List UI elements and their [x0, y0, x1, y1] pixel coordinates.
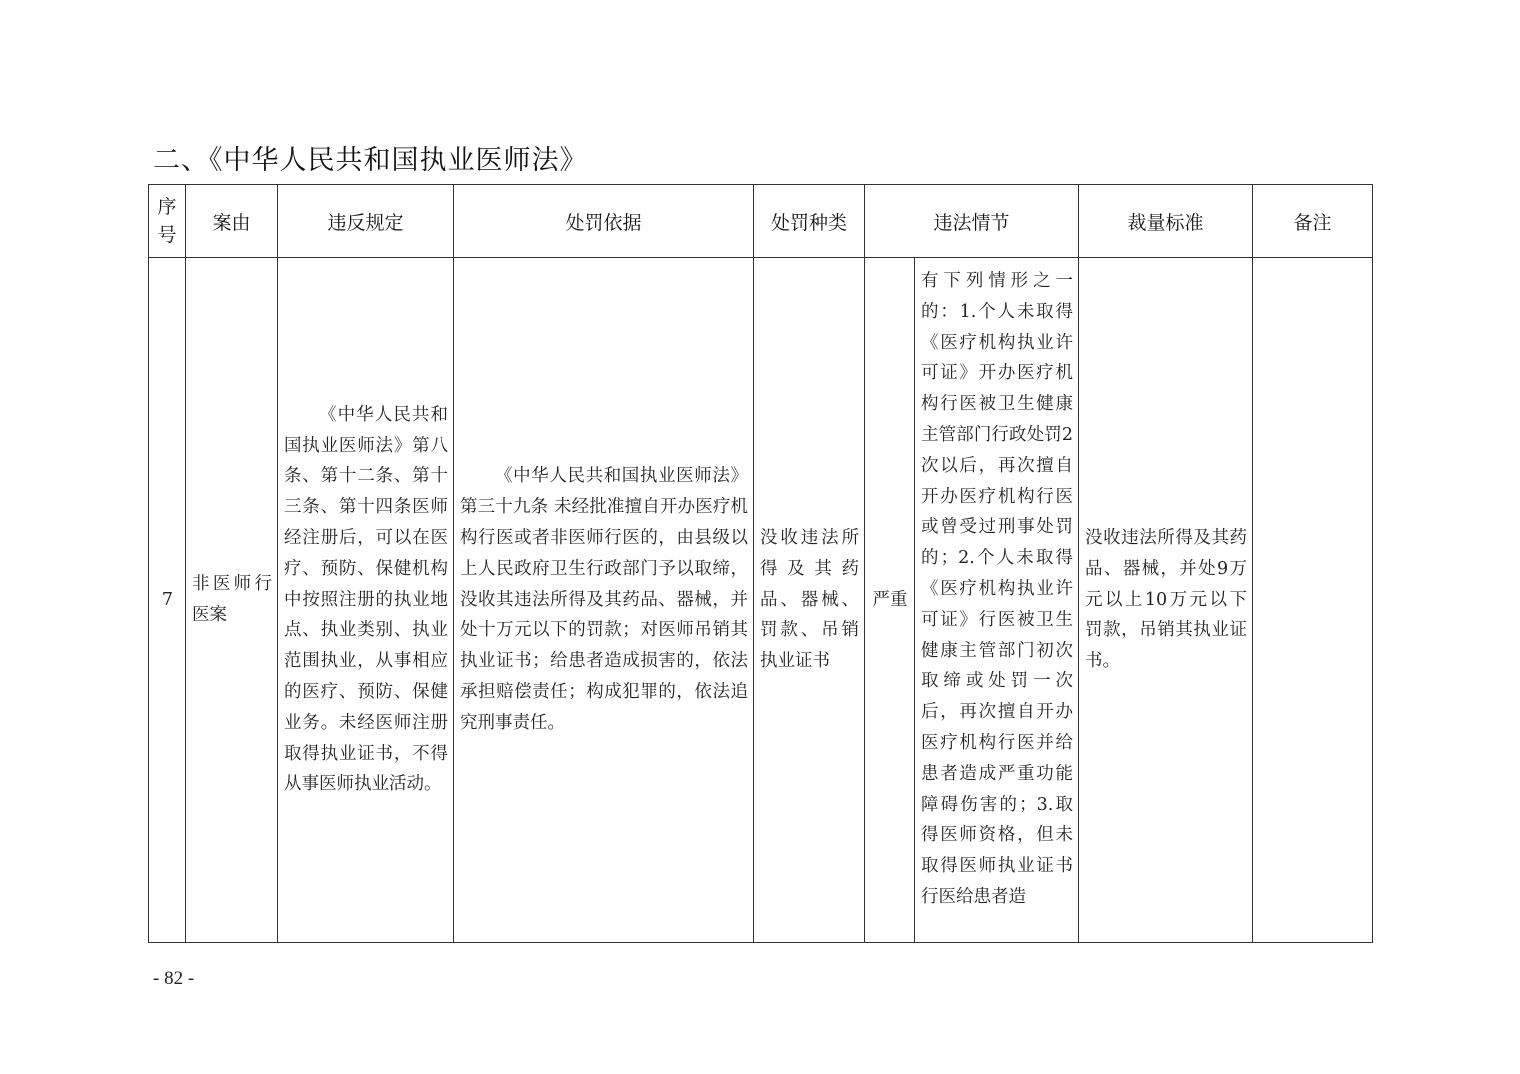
header-remarks: 备注	[1253, 185, 1373, 258]
cell-remarks	[1253, 258, 1373, 943]
cell-discretion-standard: 没收违法所得及其药品、器械，并处9万元以上10万元以下罚款，吊销其执业证书。	[1079, 258, 1253, 943]
header-circumstances: 违法情节	[865, 185, 1079, 258]
header-case: 案由	[186, 185, 278, 258]
header-seq-line2: 号	[149, 221, 185, 249]
header-seq-line1: 序	[149, 193, 185, 221]
table-row: 7 非医师行医案 《中华人民共和国执业医师法》第八条、第十二条、第十三条、第十四…	[149, 258, 1373, 943]
severity-value: 严重	[865, 585, 914, 616]
cell-severity: 严重	[865, 258, 915, 943]
violated-rule-value: 《中华人民共和国执业医师法》第八条、第十二条、第十三条、第十四条医师经注册后，可…	[278, 400, 453, 800]
header-discretion-standard: 裁量标准	[1079, 185, 1253, 258]
discretion-standard-value: 没收违法所得及其药品、器械，并处9万元以上10万元以下罚款，吊销其执业证书。	[1079, 523, 1252, 677]
cell-penalty-basis: 《中华人民共和国执业医师法》第三十九条 未经批准擅自开办医疗机构行医或者非医师行…	[454, 258, 754, 943]
table-header-row: 序 号 案由 违反规定 处罚依据 处罚种类 违法情节 裁量标准 备注	[149, 185, 1373, 258]
case-value: 非医师行医案	[186, 569, 277, 631]
header-penalty-type: 处罚种类	[754, 185, 865, 258]
cell-penalty-type: 没收违法所得及其药品、器械、罚款、吊销执业证书	[754, 258, 865, 943]
header-seq: 序 号	[149, 185, 186, 258]
circumstances-value: 有下列情形之一的：1.个人未取得《医疗机构执业许可证》开办医疗机构行医被卫生健康…	[915, 258, 1078, 942]
cell-case: 非医师行医案	[186, 258, 278, 943]
cell-seq: 7	[149, 258, 186, 943]
page-number: - 82 -	[153, 968, 194, 990]
seq-value: 7	[149, 585, 185, 616]
penalty-basis-value: 《中华人民共和国执业医师法》第三十九条 未经批准擅自开办医疗机构行医或者非医师行…	[454, 461, 753, 738]
cell-circumstances: 有下列情形之一的：1.个人未取得《医疗机构执业许可证》开办医疗机构行医被卫生健康…	[915, 258, 1079, 943]
cell-violated-rule: 《中华人民共和国执业医师法》第八条、第十二条、第十三条、第十四条医师经注册后，可…	[278, 258, 454, 943]
section-title: 二、《中华人民共和国执业医师法》	[153, 138, 588, 177]
penalty-table: 序 号 案由 违反规定 处罚依据 处罚种类 违法情节 裁量标准 备注 7 非医师…	[148, 184, 1373, 943]
header-penalty-basis: 处罚依据	[454, 185, 754, 258]
penalty-type-value: 没收违法所得及其药品、器械、罚款、吊销执业证书	[754, 523, 864, 677]
header-violated-rule: 违反规定	[278, 185, 454, 258]
